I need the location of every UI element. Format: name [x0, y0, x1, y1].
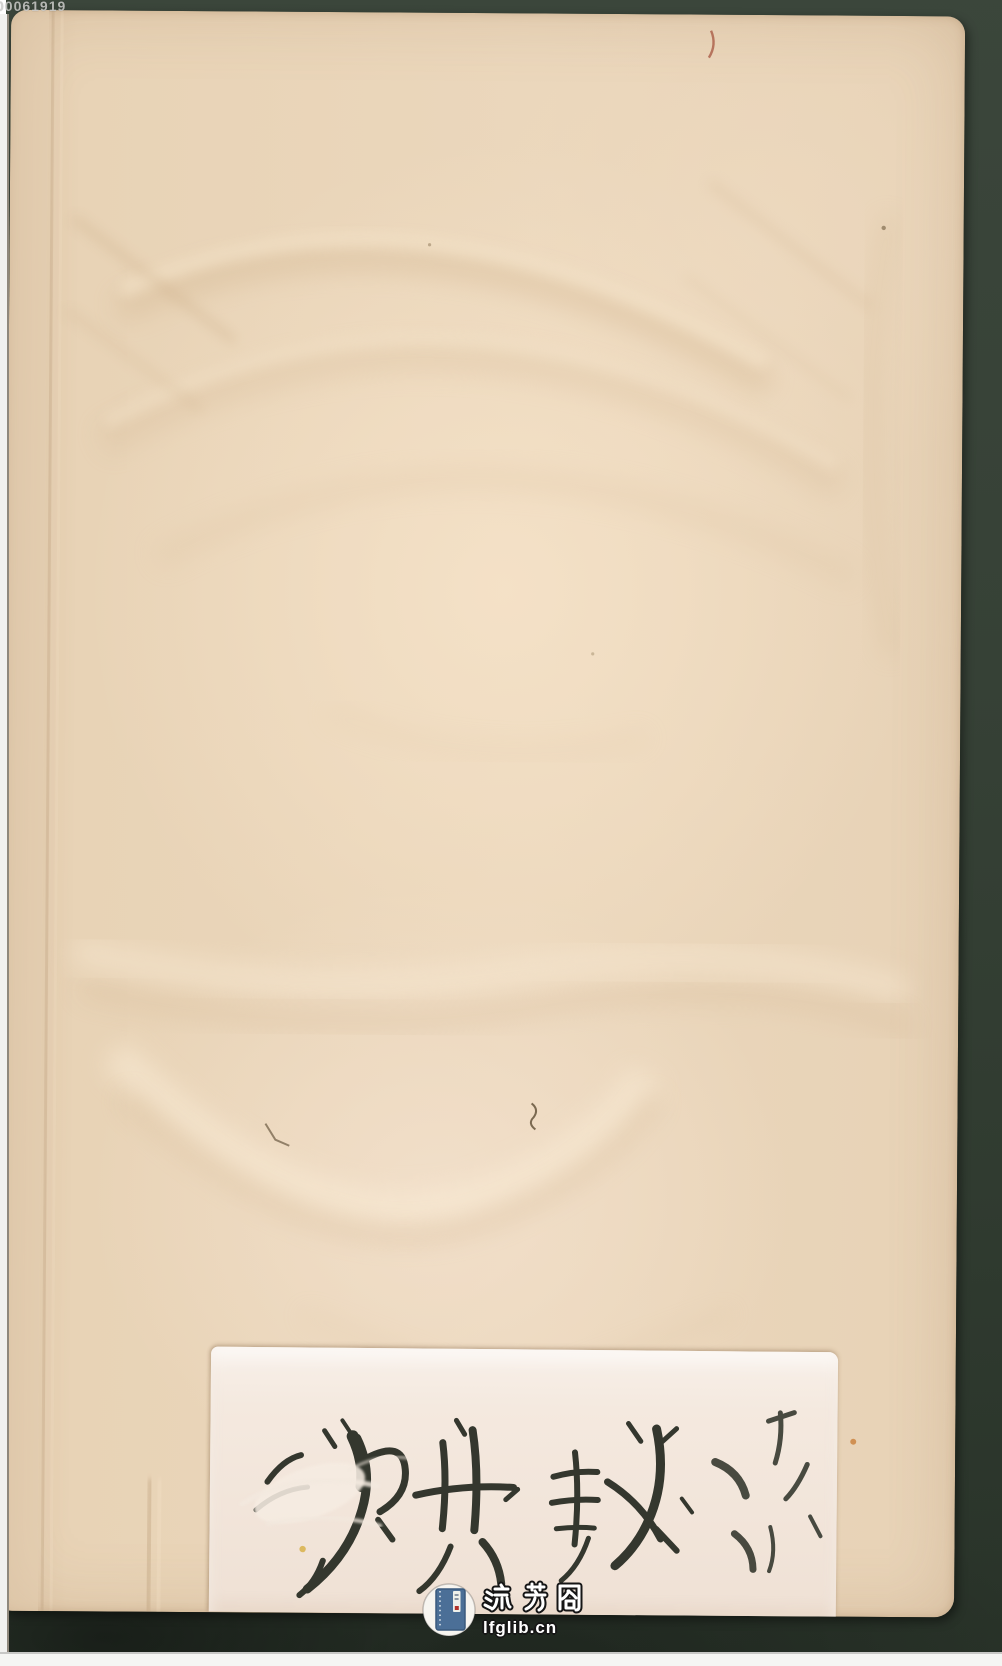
- scanner-edge-left: [0, 14, 9, 1666]
- scanned-book-photo: 00061919: [0, 0, 1002, 1666]
- scan-id: 00061919: [0, 0, 66, 14]
- watermark-site-name: [485, 1584, 579, 1610]
- watermark: lfglib.cn: [421, 1580, 591, 1644]
- title-label-slip: [209, 1347, 838, 1618]
- book-back-cover-page: [0, 10, 965, 1618]
- thread-bound-book-icon: [423, 1584, 475, 1636]
- scanner-edge-bottom: [0, 1652, 1002, 1666]
- calligraphy-title: [209, 1347, 838, 1618]
- watermark-site-url: lfglib.cn: [483, 1618, 557, 1638]
